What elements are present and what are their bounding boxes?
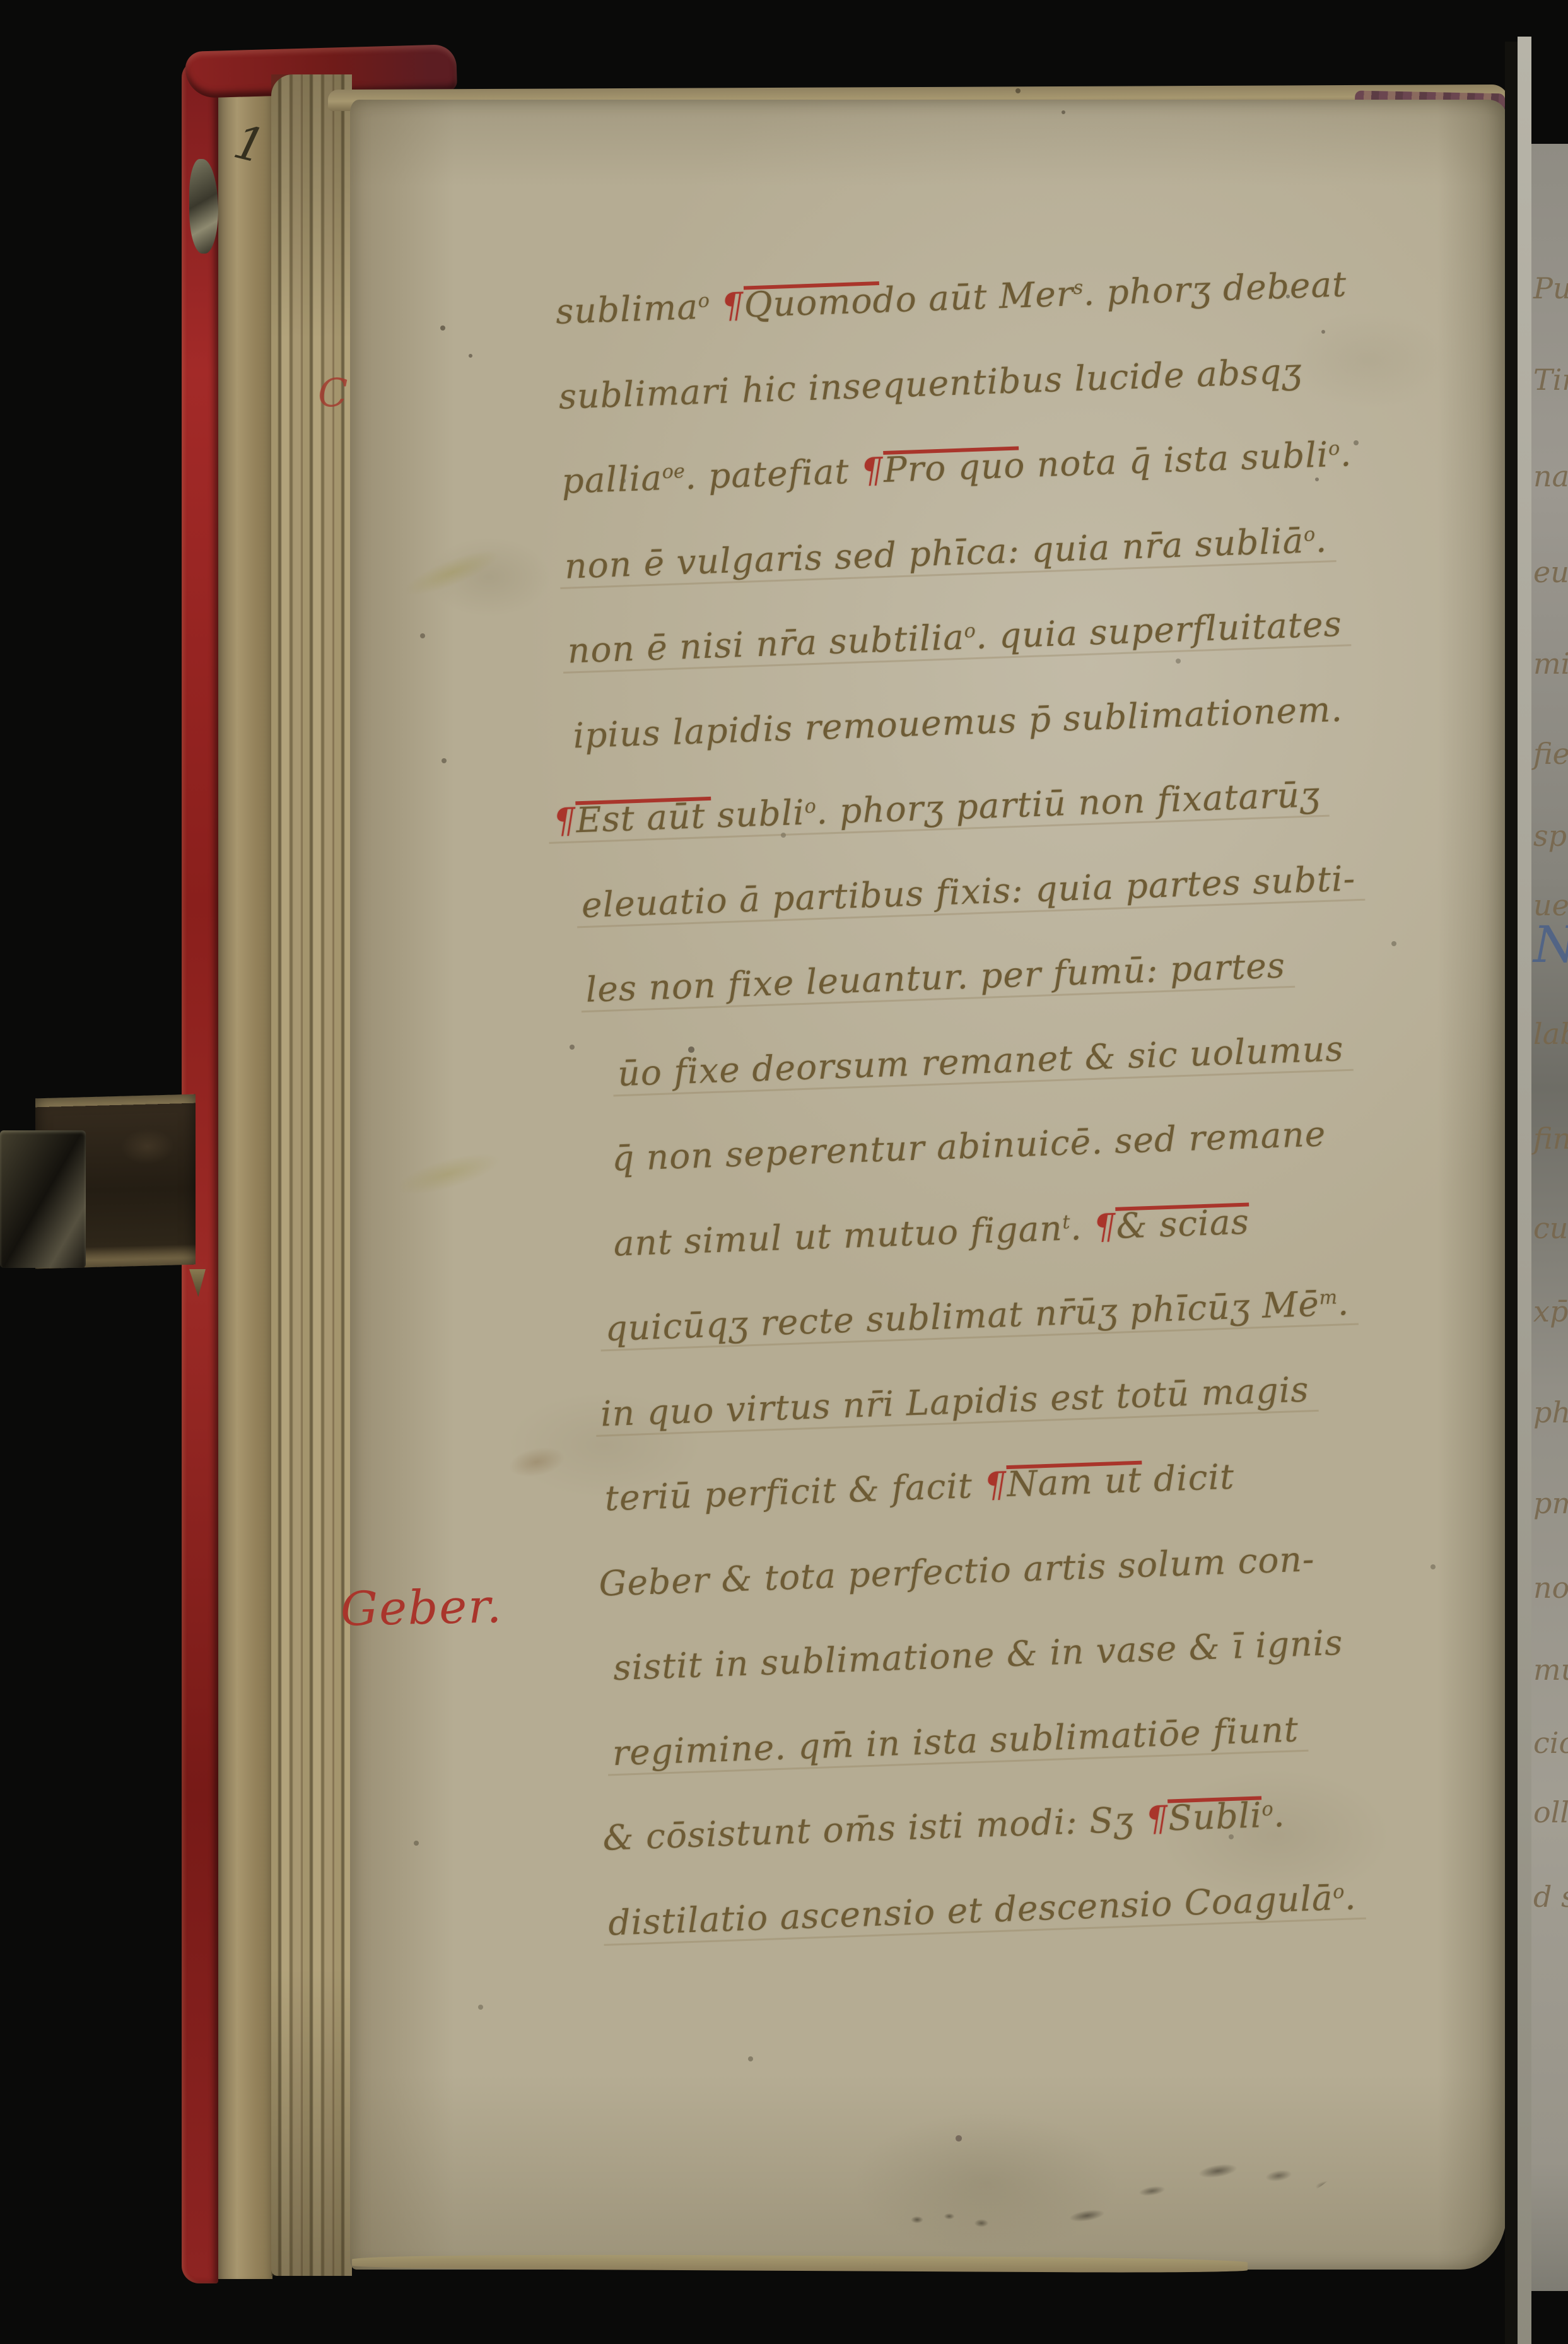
- rubric-pilcrow: ¶: [860, 450, 884, 491]
- text-segment: Nam ut dicit: [1006, 1456, 1235, 1505]
- facing-text-fragment: d suffo: [1533, 1880, 1568, 1914]
- text-segment: & scias: [1116, 1202, 1250, 1246]
- text-segment: sistit in sublimatione & in vase & ī ign…: [612, 1622, 1343, 1688]
- text-segment: non ē vulgaris sed phīca: quia nr̄a subl…: [564, 520, 1304, 587]
- parchment-specks: [0, 0, 3, 3]
- text-line: non ē nisi nr̄a subtiliao. quia superflu…: [567, 604, 1343, 671]
- text-line: q̄ non seperentur abinuicē. sed remane: [611, 1113, 1326, 1178]
- text-segment: .: [1070, 1207, 1094, 1248]
- text-line: quicūqʒ recte sublimat nr̄ūʒ phīcūʒ Mēm.: [604, 1282, 1350, 1349]
- facing-text-fragment: culo: [1533, 1211, 1568, 1245]
- text-segment: o: [964, 620, 976, 643]
- facing-text-fragment: ció ciu: [1533, 1726, 1568, 1760]
- text-segment: [709, 286, 722, 327]
- text-segment: Est aūt subli: [575, 792, 805, 841]
- text-segment: les non fixe leuantur. per fumū: partes: [585, 945, 1286, 1010]
- text-segment: quicūqʒ recte sublimat nr̄ūʒ phīcūʒ Mē: [604, 1284, 1320, 1349]
- text-line: distilatio ascensio et descensio Coagulā…: [607, 1877, 1357, 1943]
- text-line: teriū perficit & facit ¶Nam ut dicit: [604, 1456, 1235, 1519]
- text-segment: q̄ non seperentur abinuicē. sed remane: [611, 1113, 1326, 1178]
- facing-text-fragment: mi: [1533, 647, 1568, 681]
- red-offset-mark: C: [318, 370, 348, 416]
- text-segment: .: [1314, 520, 1328, 561]
- text-segment: ant simul ut mutuo figan: [613, 1208, 1063, 1264]
- facing-text-fragment-blue-initial: Nvi: [1533, 932, 1568, 969]
- facing-text-fragment: pma: [1533, 1486, 1568, 1520]
- text-segment: oe: [662, 460, 685, 483]
- text-segment: eleuatio ā partibus fixis: quia partes s…: [581, 858, 1356, 925]
- facing-page-sliver: PutcTinctnaseeuimifierespi misuenireNvil…: [1531, 144, 1568, 2291]
- text-line: ant simul ut mutuo figant. ¶& scias: [613, 1202, 1250, 1264]
- rubric-pilcrow: ¶: [1093, 1206, 1117, 1247]
- text-segment: s: [1073, 277, 1084, 300]
- text-segment: ūo fixe deorsum remanet & sic uolumus: [617, 1028, 1344, 1094]
- text-segment: .: [1344, 1877, 1357, 1918]
- text-segment: .: [1273, 1794, 1286, 1835]
- rubric-pilcrow: ¶: [553, 800, 576, 841]
- text-segment: Geber & tota perfectio artis solum con-: [598, 1538, 1315, 1604]
- text-block: sublimao ¶Quomodo aūt Mers. phorʒ debeat…: [555, 259, 1562, 2057]
- text-segment: .: [1337, 1282, 1350, 1323]
- text-segment: o: [1333, 1881, 1345, 1904]
- facing-text-fragment: ollit d: [1533, 1795, 1568, 1829]
- facing-text-fragment: xp̄i p: [1533, 1294, 1568, 1328]
- text-line: & cōsistunt om̄s isti modi: Sʒ ¶Sublio.: [602, 1794, 1285, 1858]
- facing-text-fragment: phorʒ: [1533, 1395, 1568, 1429]
- text-segment: m: [1319, 1287, 1338, 1310]
- text-line: regimine. qm̄ in ista sublimatiōe fiunt: [612, 1709, 1299, 1773]
- text-segment: & cōsistunt om̄s isti modi: Sʒ: [602, 1799, 1146, 1858]
- facing-text-fragment: Putc: [1533, 271, 1568, 305]
- text-segment: o: [1303, 524, 1315, 546]
- text-line: ūo fixe deorsum remanet & sic uolumus: [617, 1028, 1344, 1094]
- cover-edge-band: [218, 68, 272, 2279]
- text-segment: Subli: [1167, 1795, 1263, 1838]
- clasp-metal-buckle: [0, 1130, 86, 1268]
- text-line: eleuatio ā partibus fixis: quia partes s…: [581, 858, 1356, 925]
- text-line: les non fixe leuantur. per fumū: partes: [585, 945, 1286, 1010]
- text-segment: o: [804, 795, 816, 818]
- text-segment: . quia superfluitates: [975, 604, 1343, 657]
- text-line: sistit in sublimatione & in vase & ī ign…: [612, 1622, 1343, 1688]
- speck-cluster: [896, 2203, 1003, 2237]
- text-line: palliaoe. patefiat ¶Pro quo nota q̄ ista…: [561, 433, 1352, 501]
- rubric-pilcrow: ¶: [983, 1464, 1007, 1505]
- blue-initial-letter: N: [1533, 915, 1568, 974]
- facing-text-fragment: Tinct: [1533, 363, 1568, 397]
- text-segment: o: [1328, 438, 1340, 460]
- text-segment: Pro quo nota q̄ ista subli: [883, 434, 1330, 490]
- gutter-gap-shadow: [1505, 42, 1519, 2344]
- text-segment: . phorʒ partiū non fixatarūʒ: [816, 774, 1321, 832]
- text-segment: distilatio ascensio et descensio Coagulā: [607, 1878, 1333, 1943]
- facing-text-fragment: fini: [1533, 1122, 1568, 1156]
- facing-text-fragment: nolo: [1533, 1571, 1568, 1605]
- facing-text-fragment: nase: [1533, 459, 1568, 493]
- rubric-pilcrow: ¶: [1145, 1798, 1169, 1839]
- text-line: Geber & tota perfectio artis solum con-: [598, 1538, 1315, 1604]
- facing-text-fragment: fiere: [1533, 737, 1568, 771]
- facing-text-fragment: mun: [1533, 1653, 1568, 1687]
- manuscript-photo: 1 C Geber. sublimao ¶Quomodo aūt Mers. p…: [0, 0, 1568, 2344]
- text-line: non ē vulgaris sed phīca: quia nr̄a subl…: [564, 520, 1328, 587]
- text-segment: o: [698, 290, 710, 312]
- facing-text-fragment: eui: [1533, 555, 1568, 589]
- text-line: in quo virtus nr̄i Lapidis est totū magi…: [600, 1369, 1309, 1434]
- facing-text-fragment: labor: [1533, 1017, 1568, 1051]
- text-segment: non ē nisi nr̄a subtilia: [567, 617, 965, 671]
- text-line: ipius lapidis remouemus p̄ sublimationem…: [572, 689, 1343, 756]
- text-segment: ipius lapidis remouemus p̄ sublimationem…: [572, 689, 1343, 756]
- rubric-pilcrow: ¶: [721, 285, 745, 326]
- text-segment: teriū perficit & facit: [604, 1465, 985, 1518]
- facing-page-fore-edge: [1518, 37, 1531, 2344]
- text-segment: . patefiat: [684, 450, 862, 497]
- text-segment: pallia: [561, 457, 663, 501]
- text-segment: in quo virtus nr̄i Lapidis est totū magi…: [600, 1369, 1309, 1434]
- text-segment: .: [1339, 433, 1352, 474]
- facing-text-fragment: spi mis: [1533, 819, 1568, 853]
- text-segment: . phorʒ debeat: [1082, 264, 1347, 314]
- margin-note-geber: Geber.: [340, 1579, 503, 1636]
- text-line: ¶Est aūt sublio. phorʒ partiū non fixata…: [553, 774, 1321, 841]
- text-segment: sublima: [555, 286, 699, 332]
- text-segment: sublimari hic insequentibus lucide absqʒ: [558, 351, 1303, 417]
- text-line: sublimari hic insequentibus lucide absqʒ: [558, 351, 1303, 417]
- text-segment: o: [1261, 1798, 1273, 1821]
- text-segment: regimine. qm̄ in ista sublimatiōe fiunt: [612, 1709, 1299, 1773]
